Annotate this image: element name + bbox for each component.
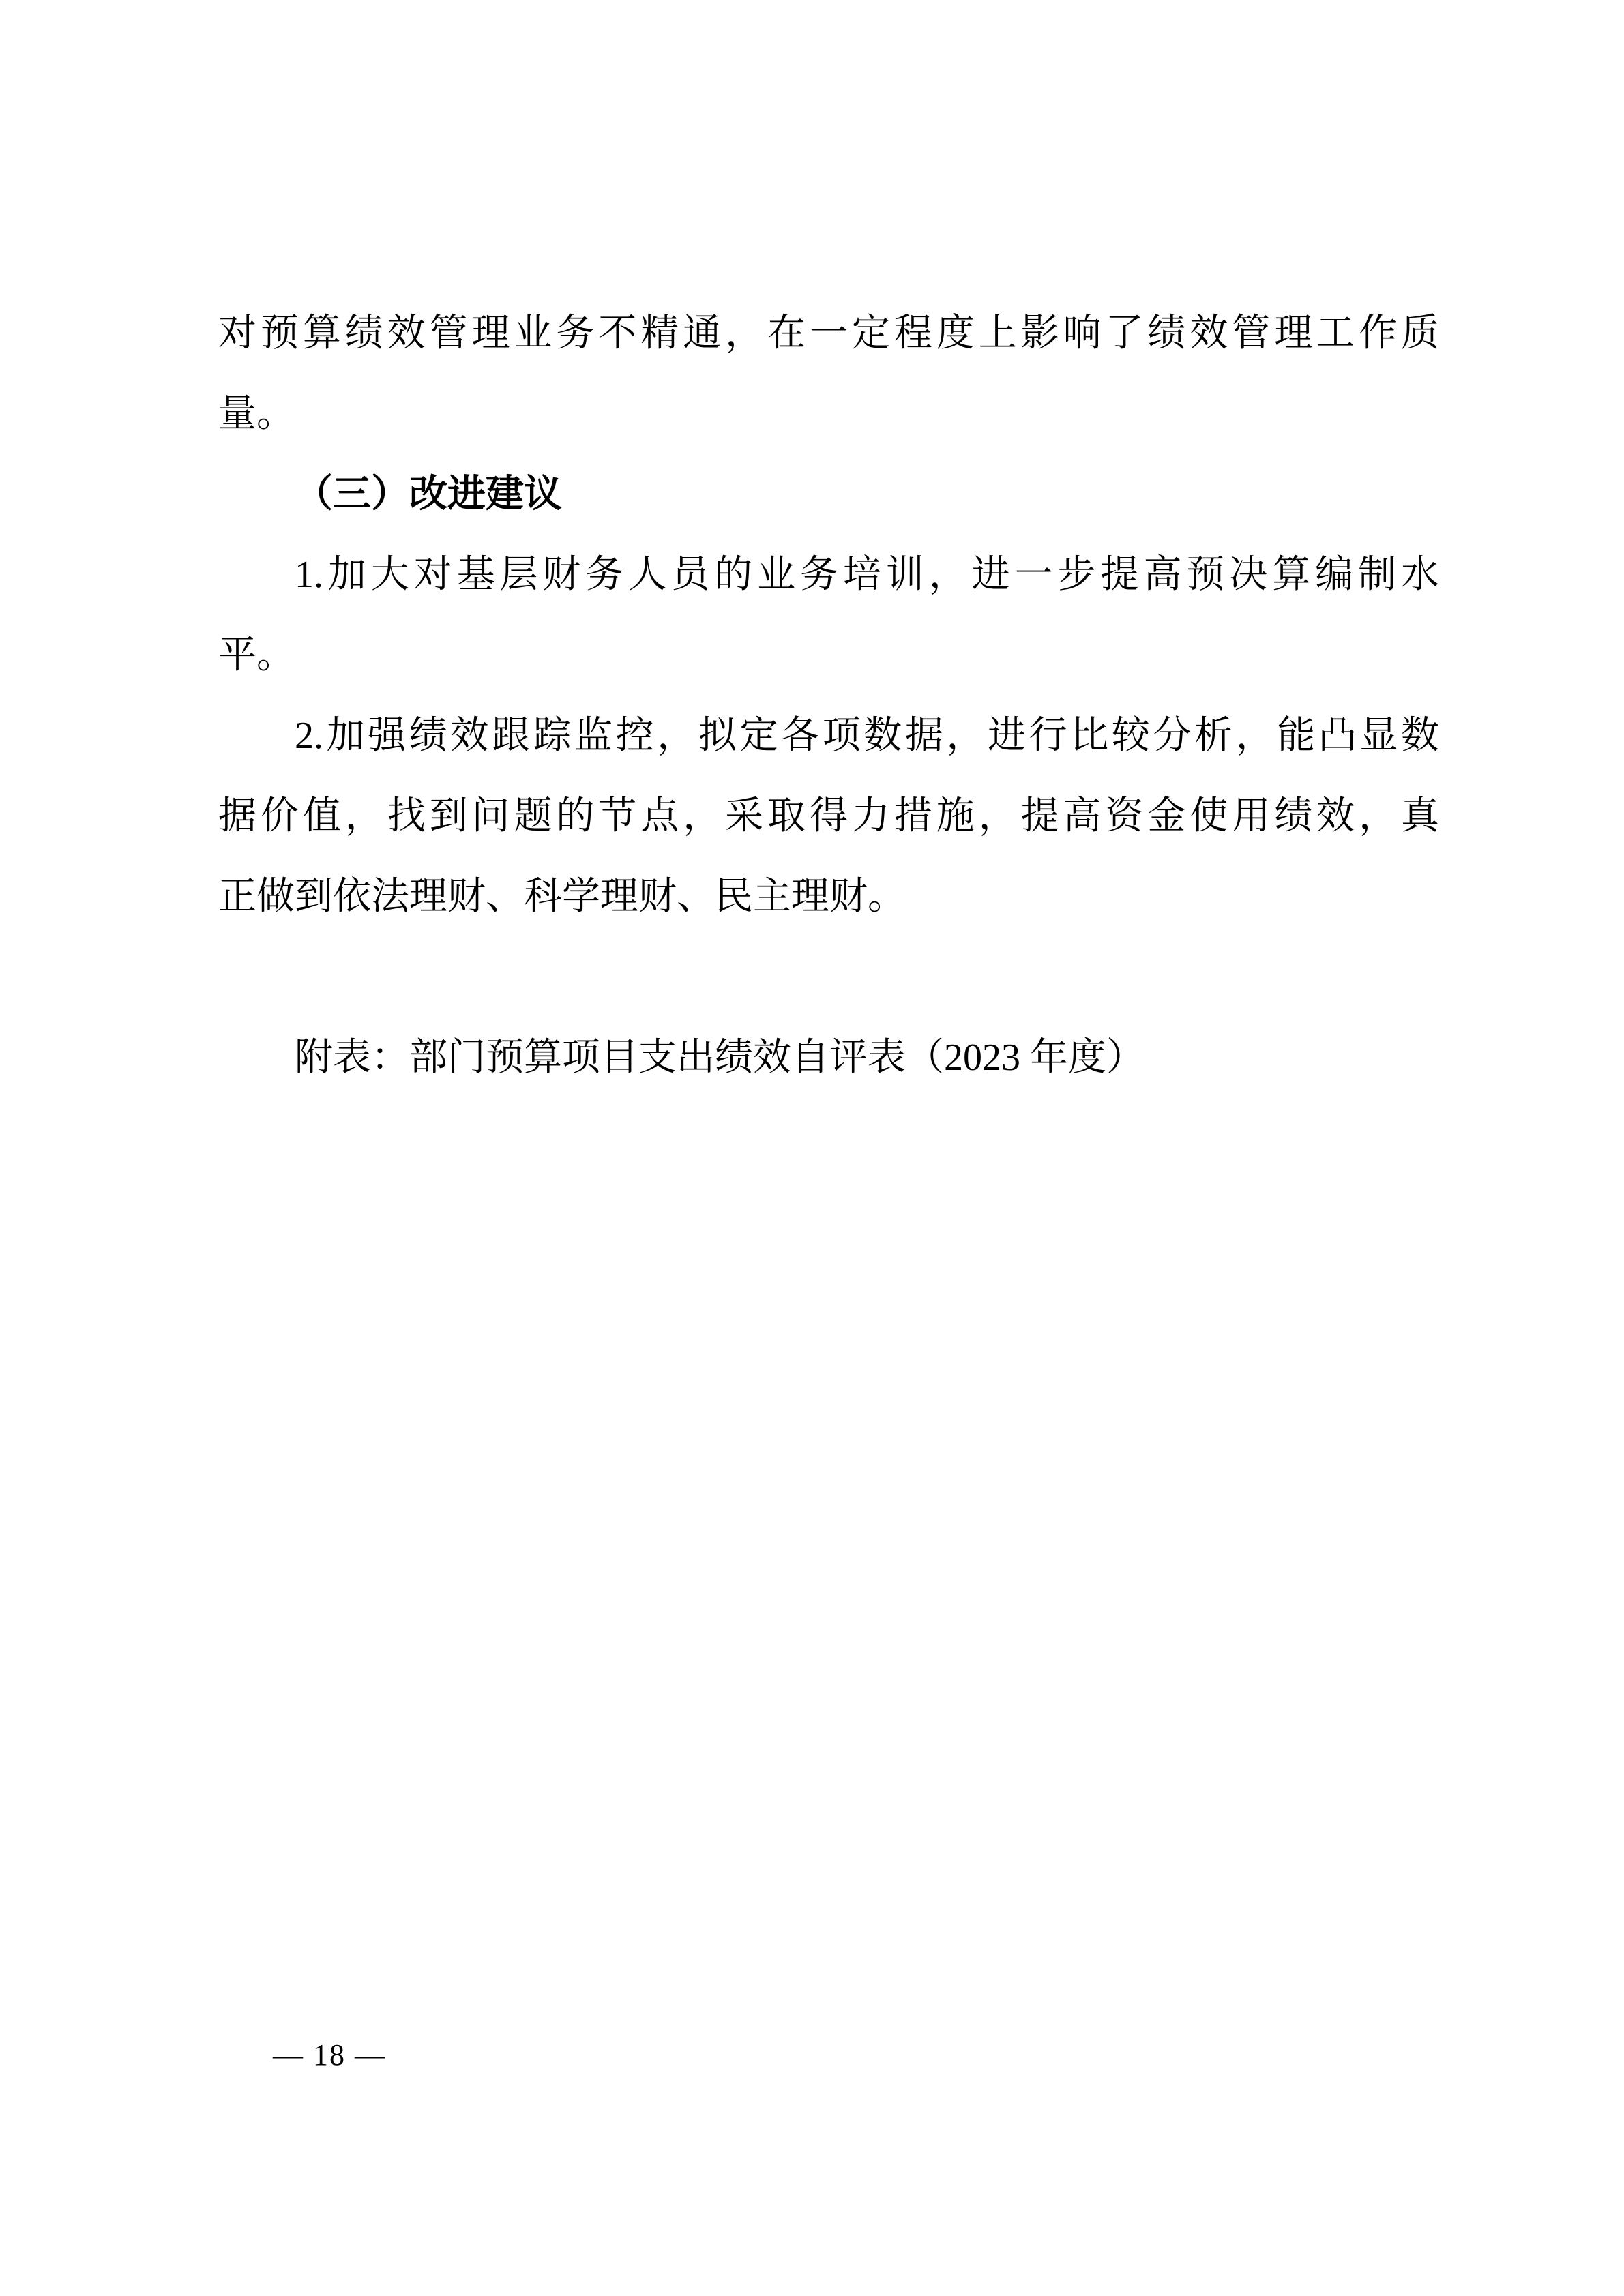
section-heading: （三）改进建议: [218, 454, 1439, 535]
paragraph-continuation-line-2: 量。: [218, 374, 1439, 454]
page-number: — 18 —: [273, 2038, 386, 2073]
suggestion-2-line-3: 正做到依法理财、科学理财、民主理财。: [218, 856, 1439, 937]
document-page: 对预算绩效管理业务不精通，在一定程度上影响了绩效管理工作质 量。 （三）改进建议…: [0, 0, 1624, 2296]
suggestion-2-line-1: 2.加强绩效跟踪监控，拟定各项数据，进行比较分析，能凸显数: [218, 696, 1439, 776]
suggestion-1-line-2: 平。: [218, 615, 1439, 696]
paragraph-continuation-line-1: 对预算绩效管理业务不精通，在一定程度上影响了绩效管理工作质: [218, 293, 1439, 374]
suggestion-2-line-2: 据价值，找到问题的节点，采取得力措施，提高资金使用绩效，真: [218, 776, 1439, 856]
body-text-block: 对预算绩效管理业务不精通，在一定程度上影响了绩效管理工作质 量。 （三）改进建议…: [218, 293, 1439, 1098]
suggestion-1-line-1: 1.加大对基层财务人员的业务培训，进一步提高预决算编制水: [218, 535, 1439, 615]
attachment-note: 附表：部门预算项目支出绩效自评表（2023 年度）: [218, 1017, 1439, 1098]
